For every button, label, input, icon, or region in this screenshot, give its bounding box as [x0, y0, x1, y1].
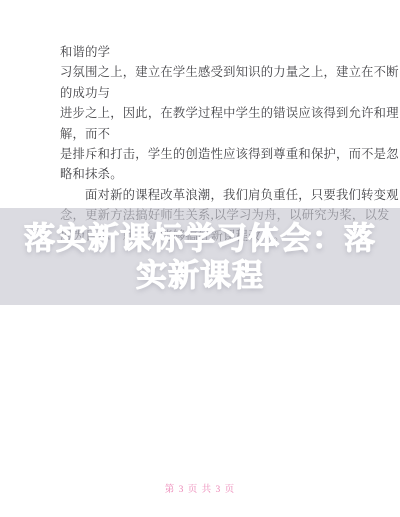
- title-line-2: 实新课程: [0, 257, 400, 294]
- body-line: 解，而不: [60, 124, 352, 144]
- document-page: 和谐的学 习氛围之上，建立在学生感受到知识的力量之上，建立在不断 的成功与 进步…: [0, 0, 400, 517]
- title-overlay: 落实新课标学习体会：落 实新课程: [0, 220, 400, 294]
- body-line: 的成功与: [60, 83, 352, 103]
- footer-page-number: 第 3 页 共 3 页: [0, 481, 400, 495]
- body-line: 和谐的学: [60, 42, 352, 62]
- body-line: 略和抹杀。: [60, 164, 352, 184]
- body-line: 是排斥和打击，学生的创造性应该得到尊重和保护，而不是忽: [60, 144, 352, 164]
- body-line: 习氛围之上，建立在学生感受到知识的力量之上，建立在不断: [60, 62, 352, 82]
- body-line: 面对新的课程改革浪潮，我们肩负重任，只要我们转变观: [60, 185, 352, 205]
- body-line: 进步之上，因此，在教学过程中学生的错误应该得到允许和理: [60, 103, 352, 123]
- title-line-1: 落实新课标学习体会：落: [0, 220, 400, 257]
